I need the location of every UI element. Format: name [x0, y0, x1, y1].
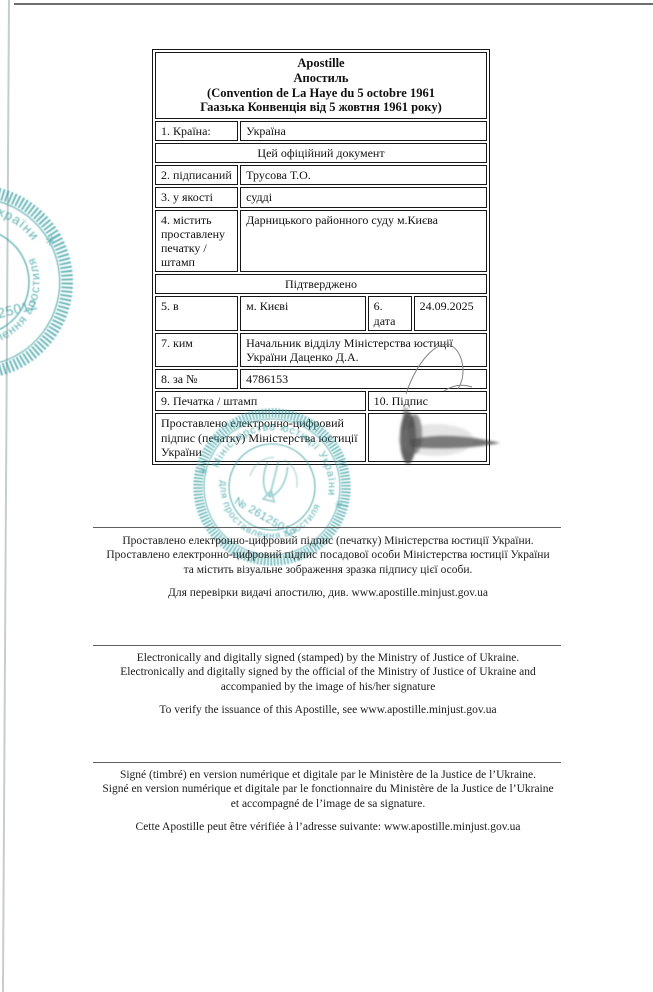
ministry-seal-left-partial: Міністерство юстиції України для простав… — [0, 137, 121, 427]
en-statement-line-3: accompanied by the image of his/her sign… — [66, 680, 590, 694]
separator-line-ua — [93, 527, 561, 528]
country-value: Україна — [240, 121, 487, 141]
table-row-country: 1. Країна: Україна — [155, 121, 487, 141]
footer-block-french: Signé (timbré) en version numérique et d… — [66, 768, 590, 834]
separator-line-fr — [93, 762, 561, 763]
date-value: 24.09.2025 — [414, 296, 487, 330]
seal-star-right-icon: ✳ — [333, 499, 346, 513]
ua-statement-line-2: Проставлено електронно-цифровий підпис п… — [66, 548, 590, 562]
en-statement-line-2: Electronically and digitally signed by t… — [66, 665, 590, 679]
scan-left-edge-line — [2, 0, 10, 992]
handwritten-signature-arc — [392, 336, 500, 398]
country-label: 1. Країна: — [155, 121, 238, 141]
table-row-place-date: 5. в м. Києві 6. дата 24.09.2025 — [155, 296, 487, 330]
section-certified: Підтверджено — [155, 274, 487, 294]
footer-block-ukrainian: Проставлено електронно-цифровий підпис (… — [66, 534, 590, 600]
seal-star-left-icon: ✳ — [197, 465, 210, 479]
scan-top-edge-line — [14, 3, 653, 5]
signed-by-label: 2. підписаний — [155, 165, 238, 185]
ua-statement-line-1: Проставлено електронно-цифровий підпис (… — [66, 534, 590, 548]
footer-block-english: Electronically and digitally signed (sta… — [66, 651, 590, 717]
svg-text:для проставлення апостиля: для проставлення апостиля — [0, 253, 67, 372]
signed-by-value: Трусова Т.О. — [240, 165, 487, 185]
trident-emblem-icon — [0, 236, 10, 312]
acting-as-value: судді — [240, 187, 487, 207]
title-line-fr-convention: (Convention de La Haye du 5 octobre 1961 — [158, 86, 484, 101]
table-row-title: Apostille Апостиль (Convention de La Hay… — [155, 52, 487, 119]
signature-ink-smudge — [388, 400, 513, 478]
seal-bottom-text: для проставлення апостиля — [0, 253, 67, 372]
acting-as-label: 3. у якості — [155, 187, 238, 207]
table-row-acting-as: 3. у якості судді — [155, 187, 487, 207]
seal-stamp-value: Проставлено електронно-цифровий підпис (… — [155, 413, 366, 461]
table-row-section-document: Цей офіційний документ — [155, 143, 487, 163]
fr-statement-line-2: Signé en version numérique et digitale p… — [66, 782, 590, 796]
ua-statement-line-3: та містить візуальне зображення зразка п… — [66, 563, 590, 577]
section-this-official-document: Цей офіційний документ — [155, 143, 487, 163]
number-label: 8. за № — [155, 369, 238, 389]
title-line-ua-convention: Гаазька Конвенція від 5 жовтня 1961 року… — [158, 100, 484, 115]
title-line-ua: Апостиль — [158, 71, 484, 86]
separator-line-en — [93, 645, 561, 646]
title-line-en: Apostille — [158, 56, 484, 71]
ua-verify-line: Для перевірки видачі апостилю, див. www.… — [66, 586, 590, 600]
seal-star-right-icon: ✳ — [42, 231, 60, 250]
fr-statement-line-1: Signé (timbré) en version numérique et d… — [66, 768, 590, 782]
table-row-signed-by: 2. підписаний Трусова Т.О. — [155, 165, 487, 185]
bears-seal-label: 4. містить проставлену печатку / штамп — [155, 210, 238, 273]
fr-statement-line-3: et accompagné de l’image de sa signature… — [66, 797, 590, 811]
seal-stamp-label: 9. Печатка / штамп — [155, 391, 366, 411]
date-label: 6. дата — [368, 296, 412, 330]
en-statement-line-1: Electronically and digitally signed (sta… — [66, 651, 590, 665]
scanned-apostille-document: Міністерство юстиції України для простав… — [0, 0, 653, 992]
place-label: 5. в — [155, 296, 238, 330]
bears-seal-value: Дарницького районного суду м.Києва — [240, 210, 487, 273]
en-verify-line: To verify the issuance of this Apostille… — [66, 703, 590, 717]
by-whom-label: 7. ким — [155, 333, 238, 367]
seal-graphic: Міністерство юстиції України для простав… — [0, 137, 121, 427]
table-row-section-certified: Підтверджено — [155, 274, 487, 294]
table-row-bears-seal: 4. містить проставлену печатку / штамп Д… — [155, 210, 487, 273]
apostille-title: Apostille Апостиль (Convention de La Hay… — [155, 52, 487, 119]
place-value: м. Києві — [240, 296, 366, 330]
fr-verify-line: Cette Apostille peut être vérifiée à l’a… — [66, 820, 590, 834]
